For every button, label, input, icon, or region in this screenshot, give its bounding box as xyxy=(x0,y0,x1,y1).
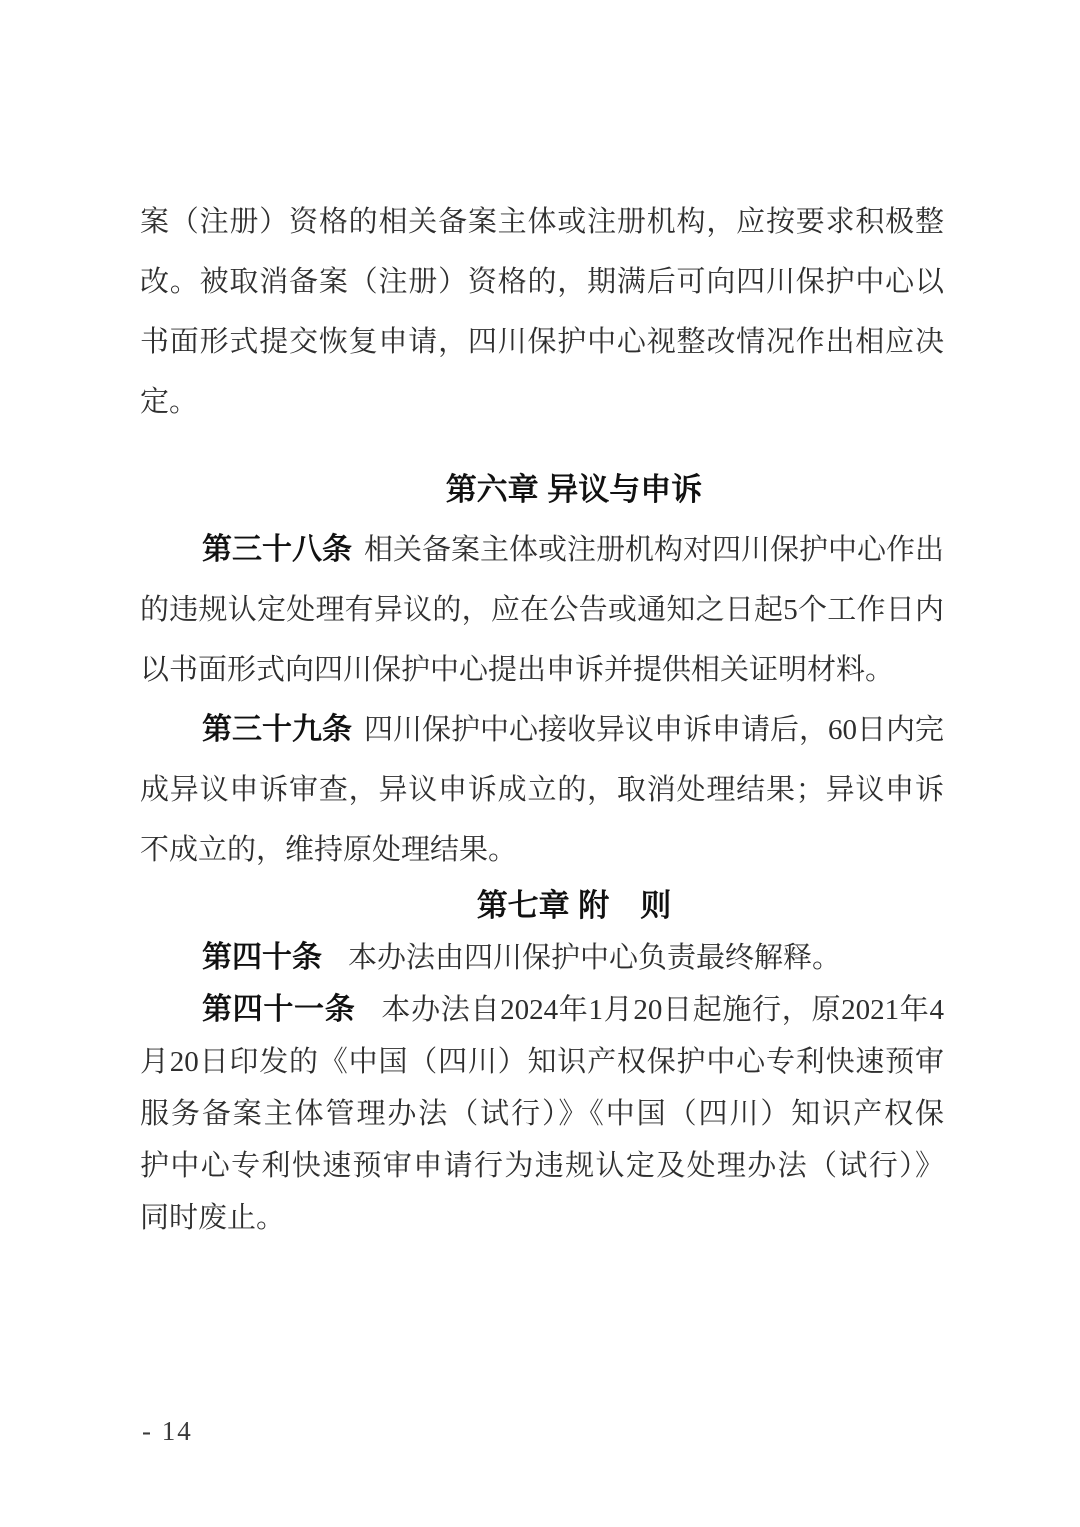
chapter-7-heading: 第七章 附 则 xyxy=(140,880,944,932)
article-first-line: 第三十九条四川保护中心接收异议申诉申请后，60日内完 xyxy=(140,700,944,760)
text-line: 成异议申诉审查，异议申诉成立的，取消处理结果；异议申诉 xyxy=(140,760,944,820)
article-38-lines: 的违规认定处理有异议的，应在公告或通知之日起5个工作日内以书面形式向四川保护中心… xyxy=(140,580,944,700)
article-38-paragraph: 第三十八条相关备案主体或注册机构对四川保护中心作出 的违规认定处理有异议的，应在… xyxy=(140,520,944,700)
text-line: 月20日印发的《中国（四川）知识产权保护中心专利快速预审 xyxy=(140,1036,944,1088)
text-line: 的违规认定处理有异议的，应在公告或通知之日起5个工作日内 xyxy=(140,580,944,640)
page-number: - 14 xyxy=(142,1416,193,1447)
article-41-text: 本办法自2024年1月20日起施行，原2021年4 xyxy=(381,994,944,1026)
article-40-paragraph: 第四十条本办法由四川保护中心负责最终解释。 xyxy=(140,932,944,984)
document-body: 案（注册）资格的相关备案主体或注册机构，应按要求积极整改。被取消备案（注册）资格… xyxy=(140,192,944,1244)
article-40-text: 本办法由四川保护中心负责最终解释。 xyxy=(348,942,841,974)
document-page: 案（注册）资格的相关备案主体或注册机构，应按要求积极整改。被取消备案（注册）资格… xyxy=(0,0,1080,1527)
article-40-number: 第四十条 xyxy=(202,941,322,974)
text-line: 护中心专利快速预审申请行为违规认定及处理办法（试行）》 xyxy=(140,1140,944,1192)
article-38-text: 相关备案主体或注册机构对四川保护中心作出 xyxy=(364,534,944,566)
text-line: 以书面形式向四川保护中心提出申诉并提供相关证明材料。 xyxy=(140,640,944,700)
article-first-line: 第四十一条本办法自2024年1月20日起施行，原2021年4 xyxy=(140,984,944,1036)
article-38-number: 第三十八条 xyxy=(202,533,352,566)
article-39-text: 四川保护中心接收异议申诉申请后，60日内完 xyxy=(364,714,944,746)
article-41-lines: 月20日印发的《中国（四川）知识产权保护中心专利快速预审服务备案主体管理办法（试… xyxy=(140,1036,944,1244)
article-41-paragraph: 第四十一条本办法自2024年1月20日起施行，原2021年4 月20日印发的《中… xyxy=(140,984,944,1244)
article-39-number: 第三十九条 xyxy=(202,713,352,746)
text-line: 书面形式提交恢复申请，四川保护中心视整改情况作出相应决 xyxy=(140,312,944,372)
article-41-number: 第四十一条 xyxy=(202,993,355,1026)
chapter-6-heading: 第六章 异议与申诉 xyxy=(140,460,944,520)
text-line: 服务备案主体管理办法（试行）》《中国（四川）知识产权保 xyxy=(140,1088,944,1140)
article-first-line: 第三十八条相关备案主体或注册机构对四川保护中心作出 xyxy=(140,520,944,580)
article-39-lines: 成异议申诉审查，异议申诉成立的，取消处理结果；异议申诉不成立的，维持原处理结果。 xyxy=(140,760,944,880)
text-line: 不成立的，维持原处理结果。 xyxy=(140,820,944,880)
text-line: 定。 xyxy=(140,372,944,432)
article-39-paragraph: 第三十九条四川保护中心接收异议申诉申请后，60日内完 成异议申诉审查，异议申诉成… xyxy=(140,700,944,880)
text-line: 案（注册）资格的相关备案主体或注册机构，应按要求积极整 xyxy=(140,192,944,252)
continuation-lines: 案（注册）资格的相关备案主体或注册机构，应按要求积极整改。被取消备案（注册）资格… xyxy=(140,192,944,432)
text-line: 改。被取消备案（注册）资格的，期满后可向四川保护中心以 xyxy=(140,252,944,312)
paragraph-continuation: 案（注册）资格的相关备案主体或注册机构，应按要求积极整改。被取消备案（注册）资格… xyxy=(140,192,944,432)
text-line: 同时废止。 xyxy=(140,1192,944,1244)
article-first-line: 第四十条本办法由四川保护中心负责最终解释。 xyxy=(140,932,944,984)
